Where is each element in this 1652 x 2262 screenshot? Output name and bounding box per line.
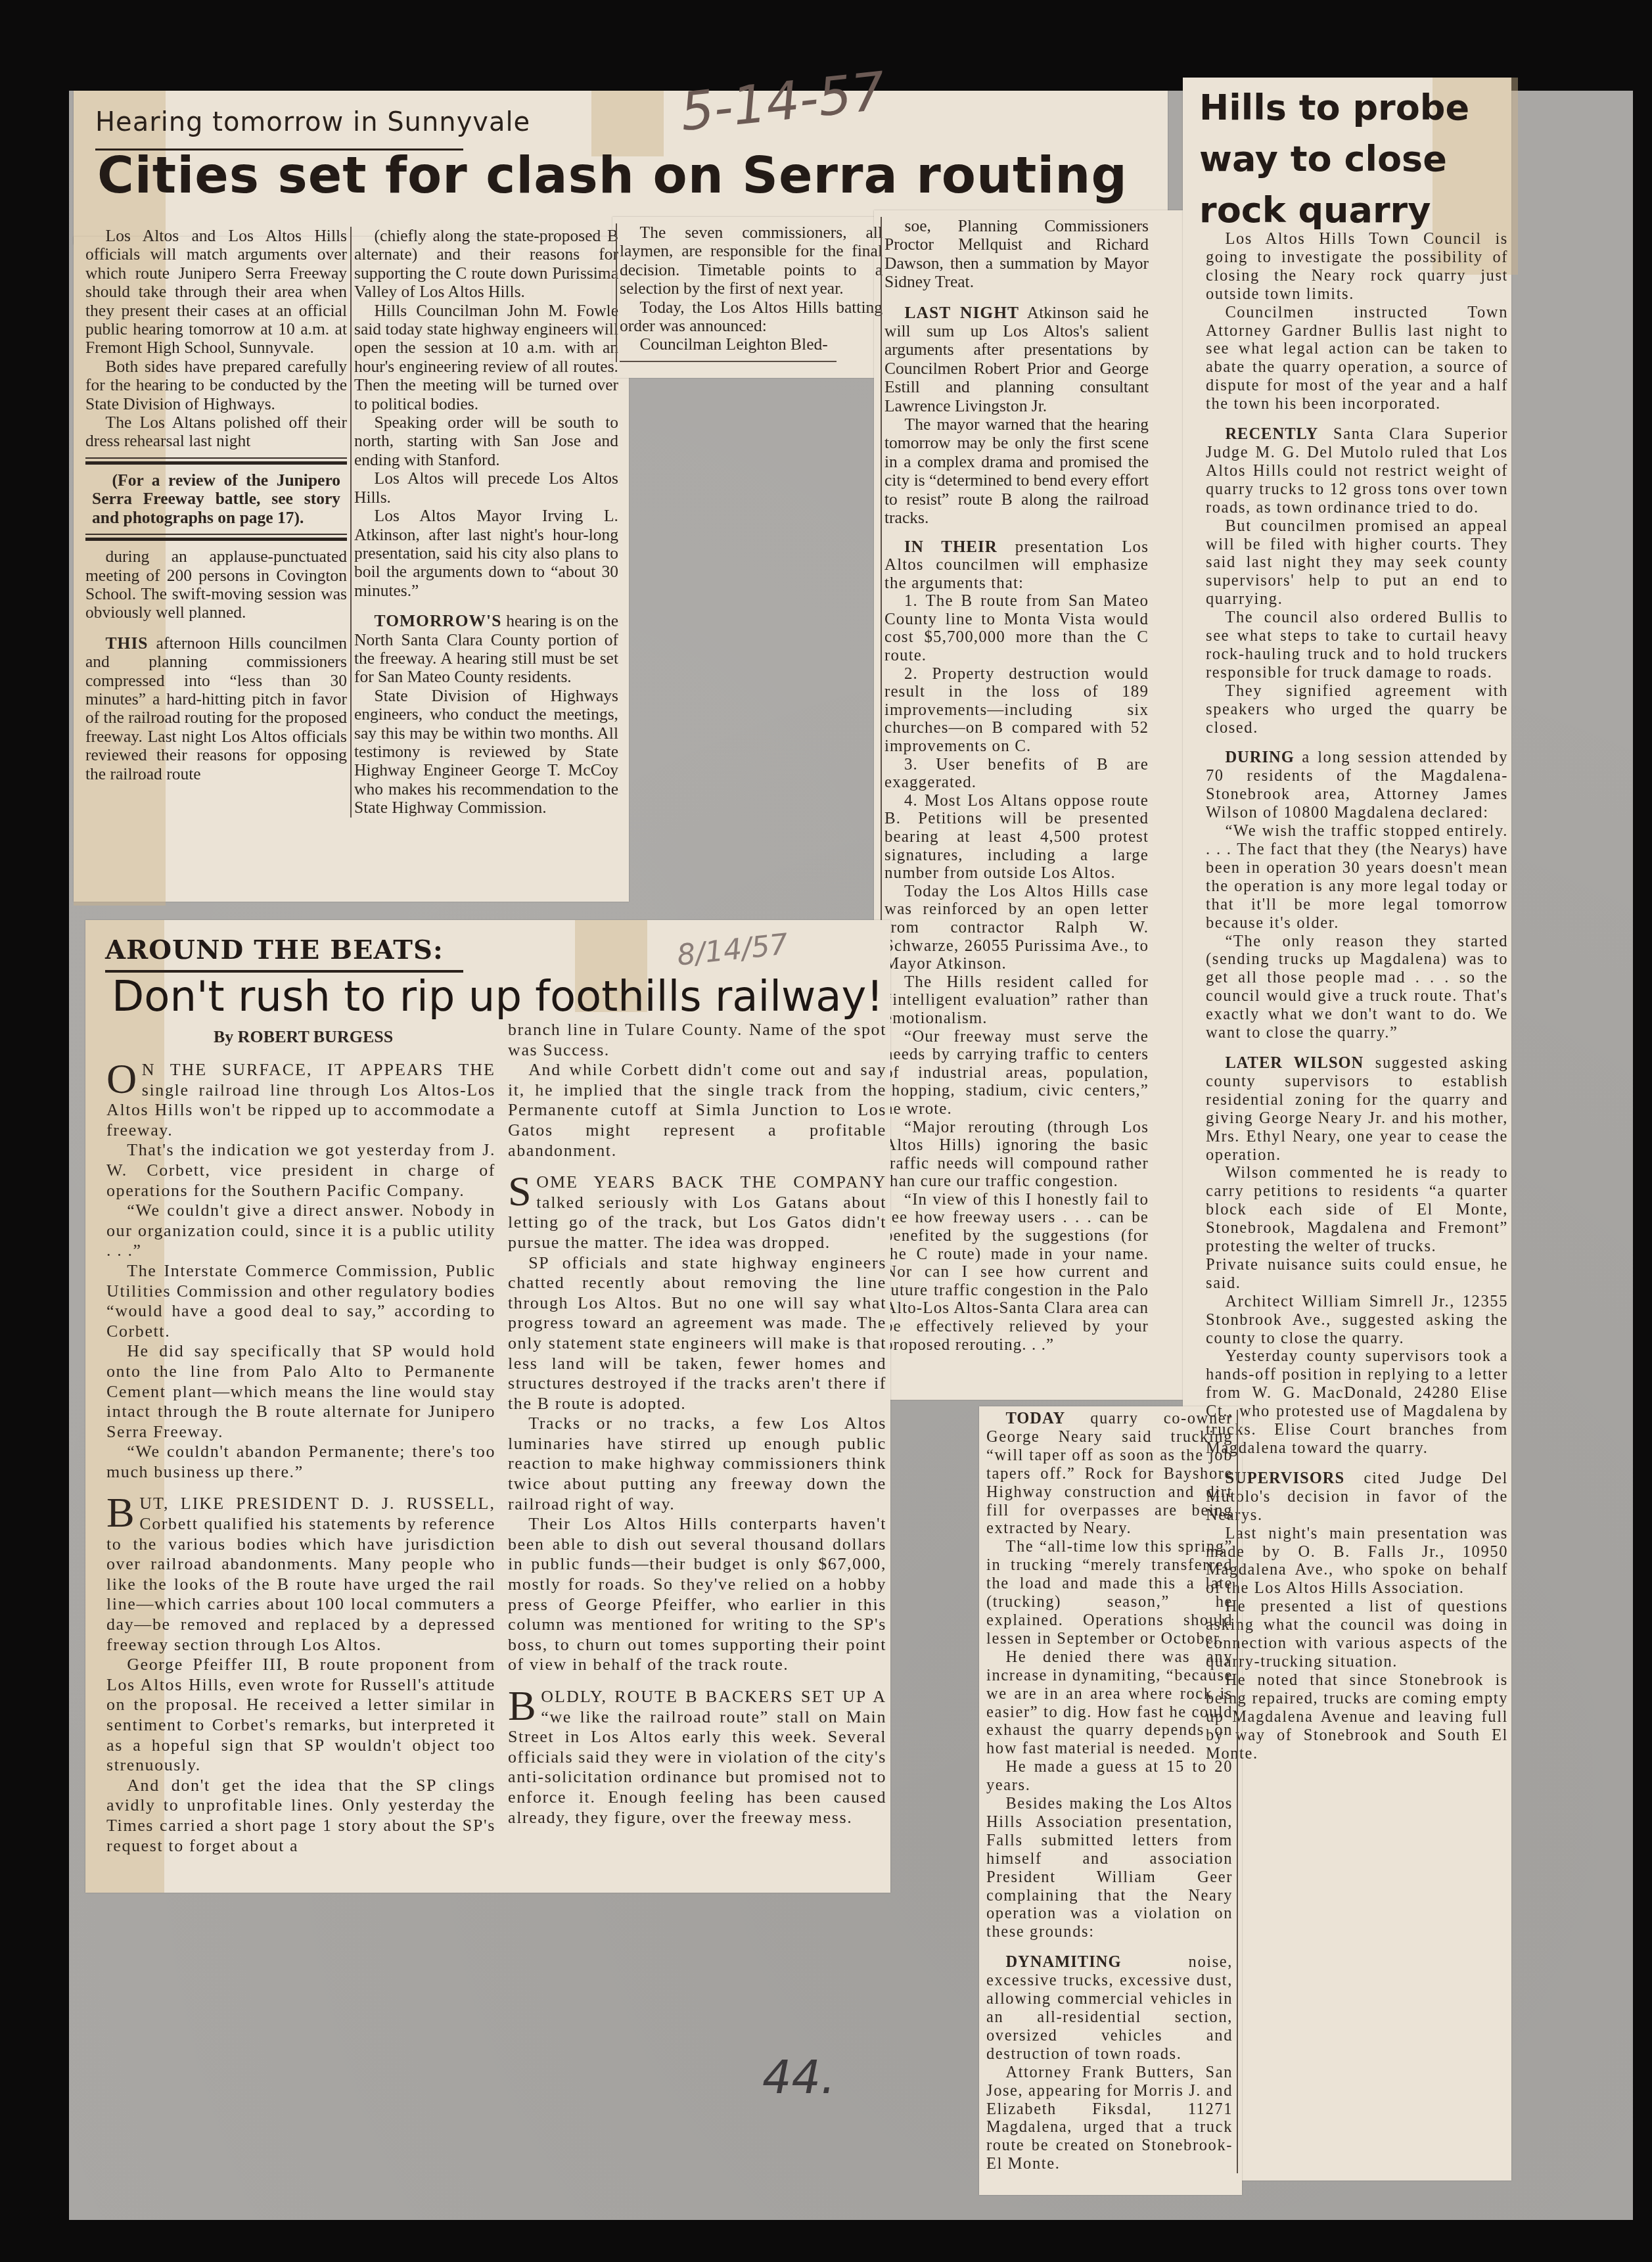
divider bbox=[85, 457, 347, 465]
paragraph: The Hills resident called for “intellige… bbox=[884, 973, 1149, 1028]
paragraph: He presented a list of questions asking … bbox=[1206, 1598, 1508, 1671]
paragraph: “In view of this I honestly fail to see … bbox=[884, 1191, 1149, 1354]
paragraph: Architect William Simrell Jr., 12355 Sto… bbox=[1206, 1293, 1508, 1348]
paragraph: The mayor warned that the hearing tomorr… bbox=[884, 415, 1149, 527]
cross-reference-note: (For a review of the Junipero Serra Free… bbox=[92, 471, 340, 527]
paragraph: And while Corbett didn't come out and sa… bbox=[508, 1060, 886, 1161]
paragraph: Both sides have prepared carefully for t… bbox=[85, 358, 347, 413]
paragraph: But councilmen promised an appeal will b… bbox=[1206, 517, 1508, 609]
paragraph: The council also ordered Bullis to see w… bbox=[1206, 609, 1508, 682]
paragraph: BOLDLY, ROUTE B BACKERS SET UP A “we lik… bbox=[508, 1687, 886, 1828]
paragraph: SUPERVISORS cited Judge Del Mutolo's dec… bbox=[1206, 1469, 1508, 1525]
paragraph: He made a guess at 15 to 20 years. bbox=[986, 1758, 1233, 1795]
paragraph: The Los Altans polished off their dress … bbox=[85, 413, 347, 451]
paragraph: Tracks or no tracks, a few Los Altos lum… bbox=[508, 1414, 886, 1514]
paragraph-lead: DURING bbox=[1225, 749, 1294, 766]
article3-column-right: Los Altos Hills Town Council is going to… bbox=[1206, 230, 1508, 1763]
paragraph: The Interstate Commerce Commission, Publ… bbox=[106, 1261, 495, 1341]
paragraph: Today the Los Altos Hills case was reinf… bbox=[884, 883, 1149, 973]
drop-cap: B bbox=[508, 1688, 537, 1724]
paragraph: “Major rerouting (through Los Altos Hill… bbox=[884, 1119, 1149, 1191]
paragraph: George Pfeiffer III, B route proponent f… bbox=[106, 1655, 495, 1776]
paragraph: Last night's main presentation was made … bbox=[1206, 1525, 1508, 1598]
paragraph-lead: TODAY bbox=[1005, 1410, 1065, 1427]
paragraph: SP officials and state highway engineers… bbox=[508, 1253, 886, 1414]
paragraph: “We couldn't give a direct answer. Nobod… bbox=[106, 1201, 495, 1261]
paragraph: State Division of Highways engineers, wh… bbox=[354, 687, 618, 818]
paragraph: Los Altos Hills Town Council is going to… bbox=[1206, 230, 1508, 304]
article1-column-1: Los Altos and Los Altos Hills officials … bbox=[85, 227, 347, 783]
paragraph: Councilmen instructed Town Attorney Gard… bbox=[1206, 304, 1508, 413]
paragraph: DURING a long session attended by 70 res… bbox=[1206, 749, 1508, 822]
paragraph: And don't get the idea that the SP cling… bbox=[106, 1776, 495, 1856]
article1-headline: Cities set for clash on Serra routing bbox=[97, 146, 1128, 204]
paragraph: Councilman Leighton Bled- bbox=[620, 335, 883, 354]
paragraph: THIS afternoon Hills councilmen and plan… bbox=[85, 634, 347, 783]
article2-column-2: branch line in Tulare County. Name of th… bbox=[508, 1020, 886, 1828]
paragraph: 1. The B route from San Mateo County lin… bbox=[884, 592, 1149, 664]
article1-kicker: Hearing tomorrow in Sunnyvale bbox=[95, 107, 530, 137]
paragraph: Their Los Altos Hills conterparts haven'… bbox=[508, 1514, 886, 1675]
paragraph: The seven commissioners, all laymen, are… bbox=[620, 223, 883, 298]
paragraph: Besides making the Los Altos Hills Assoc… bbox=[986, 1795, 1233, 1941]
article2-kicker: AROUND THE BEATS: bbox=[105, 935, 444, 965]
article1-column-3: The seven commissioners, all laymen, are… bbox=[616, 223, 883, 362]
paragraph: “The only reason they started (sending t… bbox=[1206, 933, 1508, 1042]
handwritten-page-number: 44. bbox=[762, 2050, 835, 2104]
paragraph: soe, Planning Commissioners Proctor Mell… bbox=[884, 217, 1149, 292]
paragraph: Los Altos will precede Los Altos Hills. bbox=[354, 469, 618, 507]
paragraph: Speaking order will be south to north, s… bbox=[354, 413, 618, 469]
paragraph: Los Altos Mayor Irving L. Atkinson, afte… bbox=[354, 507, 618, 600]
paragraph: 3. User benefits of B are exaggerated. bbox=[884, 756, 1149, 792]
paragraph: Los Altos and Los Altos Hills officials … bbox=[85, 227, 347, 358]
paragraph: Hills Councilman John M. Fowle said toda… bbox=[354, 302, 618, 413]
paragraph: Attorney Frank Butters, San Jose, appear… bbox=[986, 2064, 1233, 2173]
paragraph: TOMORROW'S hearing is on the North Santa… bbox=[354, 612, 618, 687]
paragraph: He noted that since Stonebrook is being … bbox=[1206, 1671, 1508, 1763]
paragraph-lead: LATER WILSON bbox=[1225, 1054, 1364, 1072]
paragraph: The “all-time low this spring” in trucki… bbox=[986, 1538, 1233, 1648]
paragraph: “We couldn't abandon Permanente; there's… bbox=[106, 1442, 495, 1482]
paragraph: He denied there was any increase in dyna… bbox=[986, 1648, 1233, 1758]
paragraph: That's the indication we got yesterday f… bbox=[106, 1140, 495, 1201]
paragraph: Private nuisance suits could ensue, he s… bbox=[1206, 1256, 1508, 1293]
paragraph: TODAY quarry co-owner George Neary said … bbox=[986, 1410, 1233, 1538]
byline: By ROBERT BURGESS bbox=[214, 1027, 393, 1047]
paragraph: RECENTLY Santa Clara Superior Judge M. G… bbox=[1206, 425, 1508, 517]
article1-column-2: (chiefly along the state-proposed B alte… bbox=[350, 227, 618, 818]
paragraph: BUT, LIKE PRESIDENT D. J. RUSSELL, Corbe… bbox=[106, 1494, 495, 1655]
paragraph: He did say specifically that SP would ho… bbox=[106, 1341, 495, 1442]
drop-cap: S bbox=[508, 1174, 532, 1209]
paragraph: “Our freeway must serve the needs by car… bbox=[884, 1028, 1149, 1119]
paragraph: “We wish the traffic stopped entirely. .… bbox=[1206, 822, 1508, 932]
paragraph: branch line in Tulare County. Name of th… bbox=[508, 1020, 886, 1060]
article3-column-middle: TODAY quarry co-owner George Neary said … bbox=[982, 1410, 1238, 2173]
paragraph: LATER WILSON suggested asking county sup… bbox=[1206, 1054, 1508, 1164]
paragraph: SOME YEARS BACK THE COMPANY talked serio… bbox=[508, 1172, 886, 1253]
drop-cap: B bbox=[106, 1495, 135, 1531]
paragraph: ON THE SURFACE, IT APPEARS THE single ra… bbox=[106, 1060, 495, 1140]
paragraph-lead: DYNAMITING bbox=[1005, 1953, 1121, 1971]
paragraph: They signified agreement with speakers w… bbox=[1206, 682, 1508, 737]
paragraph: Today, the Los Altos Hills batting order… bbox=[620, 298, 883, 336]
divider bbox=[85, 534, 347, 541]
drop-cap: O bbox=[106, 1061, 138, 1097]
article3-headline: Hills to probe way to close rock quarry bbox=[1199, 82, 1469, 236]
paragraph: during an applause-punctuated meeting of… bbox=[85, 547, 347, 622]
article1-column-4: soe, Planning Commissioners Proctor Mell… bbox=[881, 217, 1149, 1354]
paragraph: DYNAMITING noise, excessive trucks, exce… bbox=[986, 1953, 1233, 2063]
paragraph-lead: SUPERVISORS bbox=[1225, 1469, 1344, 1487]
paragraph: 2. Property destruction would result in … bbox=[884, 665, 1149, 756]
paragraph: Yesterday county supervisors took a hand… bbox=[1206, 1347, 1508, 1457]
paragraph: LAST NIGHT Atkinson said he will sum up … bbox=[884, 304, 1149, 415]
arguments-list: IN THEIR presentation Los Altos councilm… bbox=[884, 538, 1149, 1354]
paragraph-lead: RECENTLY bbox=[1225, 425, 1318, 443]
article2-column-1: ON THE SURFACE, IT APPEARS THE single ra… bbox=[106, 1048, 495, 1856]
paragraph: Wilson commented he is ready to carry pe… bbox=[1206, 1164, 1508, 1256]
paragraph: (chiefly along the state-proposed B alte… bbox=[354, 227, 618, 302]
article2-headline: Don't rush to rip up foothills railway! bbox=[112, 973, 883, 1021]
paragraph: 4. Most Los Altans oppose route B. Petit… bbox=[884, 792, 1149, 883]
